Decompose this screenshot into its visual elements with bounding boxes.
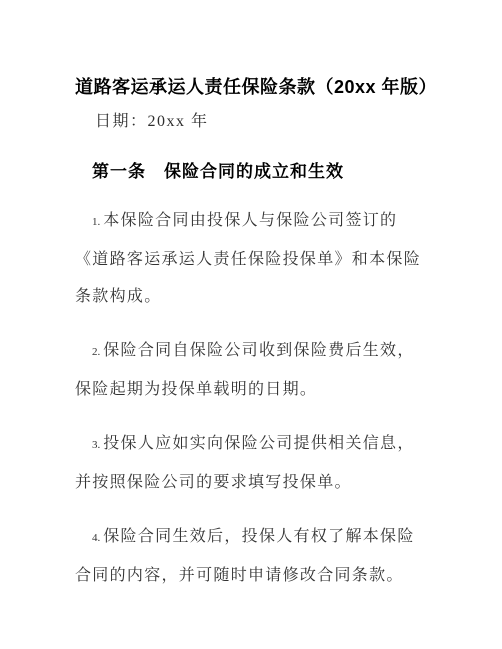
document-body: 道路客运承运人责任保险条款（20xx 年版） 日期：20xx 年 第一条 保险合… xyxy=(0,0,502,594)
clause-line: 合同的内容，并可随时申请修改合同条款。 xyxy=(75,557,427,594)
clause-paragraph-3: 3.投保人应如实向保险公司提供相关信息， 并按照保险公司的要求填写投保单。 xyxy=(75,425,427,501)
clause-line: 并按照保险公司的要求填写投保单。 xyxy=(75,464,427,501)
section-heading-article-1: 第一条 保险合同的成立和生效 xyxy=(75,159,427,185)
clause-line: 3.投保人应如实向保险公司提供相关信息， xyxy=(75,425,427,464)
clause-paragraph-2: 2.保险合同自保险公司收到保险费后生效， 保险起期为投保单载明的日期。 xyxy=(75,332,427,408)
clause-paragraph-1: 1.本保险合同由投保人与保险公司签订的 《道路客运承运人责任保险投保单》和本保险… xyxy=(75,202,427,315)
clause-line: 保险起期为投保单载明的日期。 xyxy=(75,371,427,408)
clause-line: 1.本保险合同由投保人与保险公司签订的 xyxy=(75,202,427,241)
clause-number: 1. xyxy=(92,216,100,228)
clause-text: 投保人应如实向保险公司提供相关信息， xyxy=(103,435,414,452)
clause-line: 2.保险合同自保险公司收到保险费后生效， xyxy=(75,332,427,371)
clause-number: 2. xyxy=(92,346,100,358)
clause-text: 保险合同自保险公司收到保险费后生效， xyxy=(103,342,414,359)
document-date-line: 日期：20xx 年 xyxy=(75,110,427,134)
clause-line: 《道路客运承运人责任保险投保单》和本保险 xyxy=(75,241,427,278)
clause-number: 3. xyxy=(92,439,100,451)
document-title: 道路客运承运人责任保险条款（20xx 年版） xyxy=(75,74,427,100)
clause-line: 4.保险合同生效后，投保人有权了解本保险 xyxy=(75,518,427,557)
clause-paragraph-4: 4.保险合同生效后，投保人有权了解本保险 合同的内容，并可随时申请修改合同条款。 xyxy=(75,518,427,594)
clause-text: 保险合同生效后，投保人有权了解本保险 xyxy=(103,528,414,545)
clause-number: 4. xyxy=(92,532,100,544)
clause-line: 条款构成。 xyxy=(75,278,427,315)
document-page: 道路客运承运人责任保险条款（20xx 年版） 日期：20xx 年 第一条 保险合… xyxy=(0,0,502,649)
clause-text: 本保险合同由投保人与保险公司签订的 xyxy=(103,212,397,229)
